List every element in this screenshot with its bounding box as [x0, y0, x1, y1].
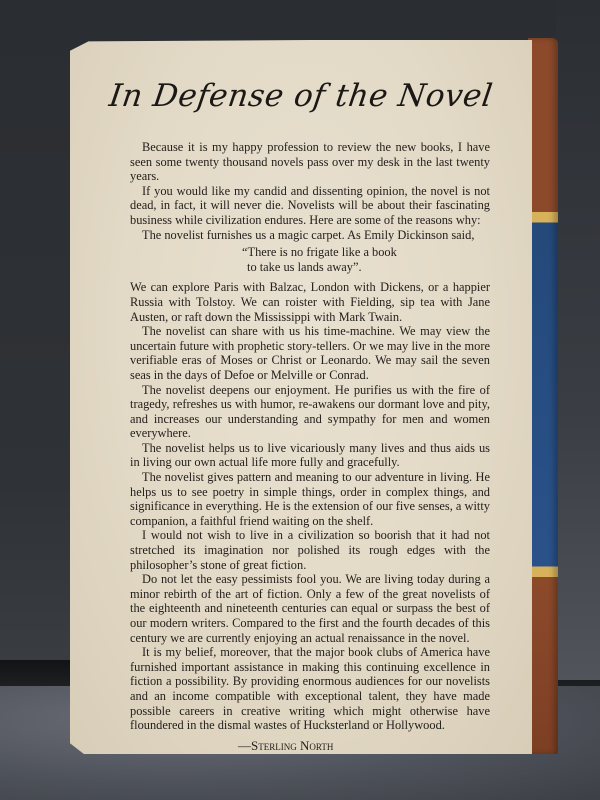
author-name: —Sterling North: [238, 739, 490, 754]
paragraph: Because it is my happy profession to rev…: [130, 140, 490, 184]
paragraph: The novelist furnishes us a magic carpet…: [130, 228, 490, 243]
book-spine: [528, 38, 558, 754]
paragraph: It is my belief, moreover, that the majo…: [130, 645, 490, 733]
paragraph: I would not wish to live in a civilizati…: [130, 528, 490, 572]
paragraph: The novelist deepens our enjoyment. He p…: [130, 383, 490, 441]
paragraph: The novelist gives pattern and meaning t…: [130, 470, 490, 528]
background-wall: [556, 0, 600, 680]
paragraph: The novelist helps us to live vicariousl…: [130, 441, 490, 470]
cover-title: In Defense of the Novel: [67, 78, 534, 114]
paragraph: We can explore Paris with Balzac, London…: [130, 280, 490, 324]
cover-body-text: Because it is my happy profession to rev…: [130, 140, 490, 794]
dickinson-quote: “There is no frigate like a book to take…: [242, 245, 490, 274]
quote-line: “There is no frigate like a book: [242, 245, 490, 260]
book-back-cover: In Defense of the Novel Because it is my…: [70, 40, 532, 754]
paragraph: If you would like my candid and dissenti…: [130, 184, 490, 228]
paragraph: Do not let the easy pessimists fool you.…: [130, 572, 490, 645]
quote-line: to take us lands away”.: [247, 260, 490, 275]
paragraph: The novelist can share with us his time-…: [130, 324, 490, 382]
